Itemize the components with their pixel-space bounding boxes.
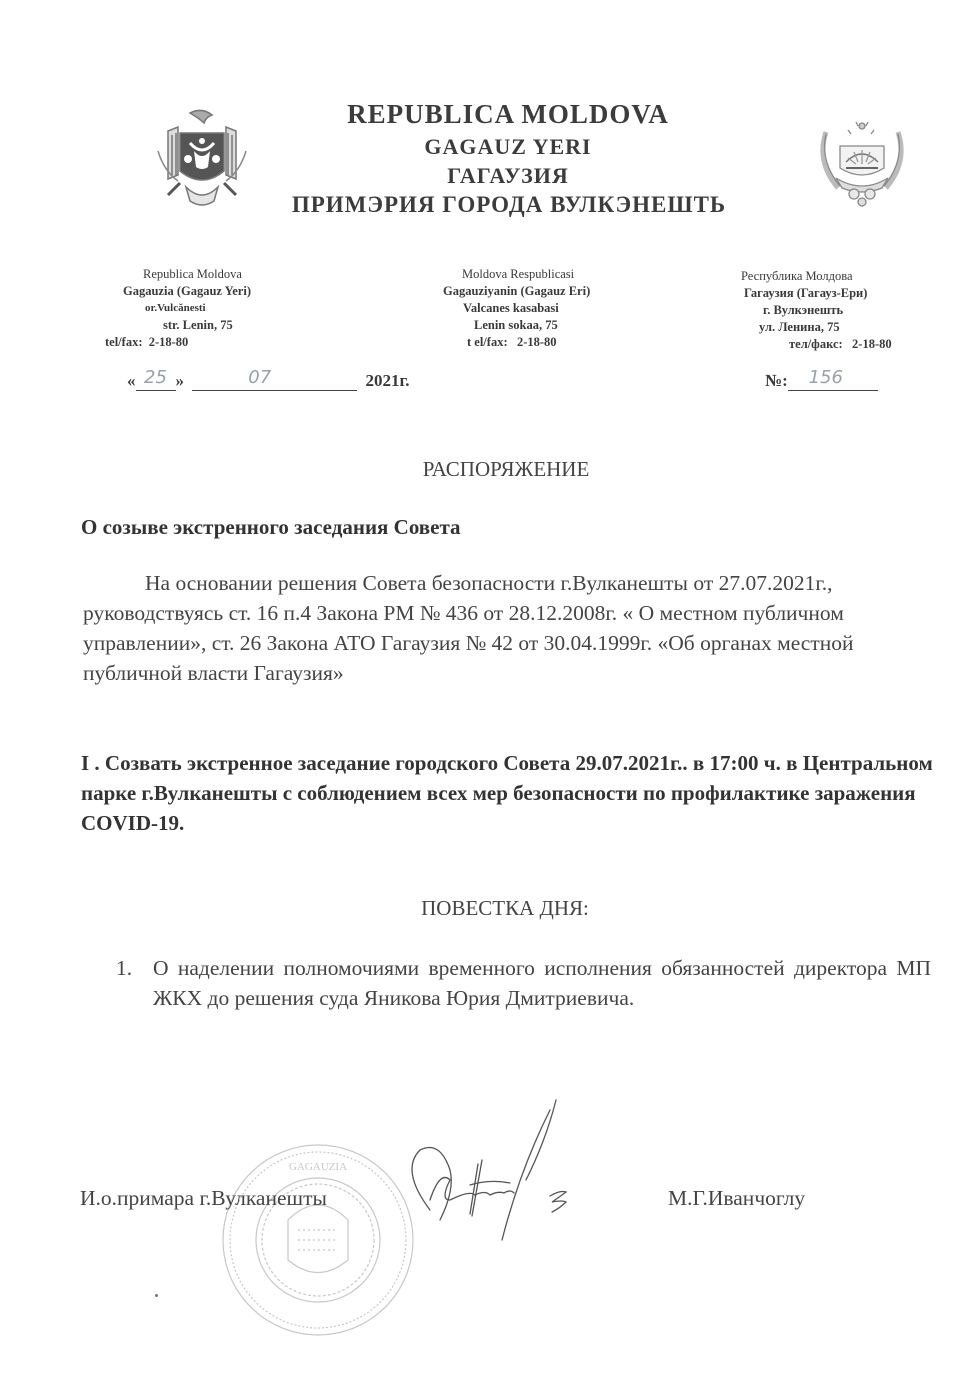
document-date: «25» 07 2021г. [127,370,410,391]
address-street: Lenin sokaa, 75 [430,317,630,334]
date-month-field: 07 [192,370,357,391]
date-month-handwritten: 07 [162,367,357,388]
address-block-gagauz: Moldova Respublicasi Gagauziyanin (Gagau… [430,266,630,351]
address-region: Gagauzia (Gagauz Yeri) [105,283,305,300]
address-street: ул. Ленина, 75 [735,319,925,336]
agenda-item-number: 1. [116,953,132,983]
handwritten-signature-icon [370,1090,630,1250]
document-number: №:156 [765,370,878,391]
header-city-hall-title: ПРИМЭРИЯ ГОРОДА ВУЛКЭНЕШТЬ [0,192,980,218]
date-year: 2021г. [366,371,410,390]
address-region: Гагаузия (Гагауз-Ери) [735,285,925,302]
agenda-list-item: 1. О наделении полномочиями временного и… [116,953,931,1013]
document-subject: О созыве экстренного заседания Совета [81,515,461,540]
header-region-title-latin: GAGAUZ YERI [0,134,980,160]
address-city: or.Vulcănesti [105,300,305,317]
address-phone: тел/факс: 2-18-80 [735,336,925,353]
address-country: Republica Moldova [105,266,305,283]
address-city: Valcanes kasabasi [430,300,630,317]
scan-artifact-dot [155,1294,158,1297]
date-open-quote: « [127,371,136,390]
agenda-item-text: О наделении полномочиями временного испо… [153,953,931,1013]
address-street: str. Lenin, 75 [105,317,305,334]
signatory-name: М.Г.Иванчоглу [668,1186,805,1211]
address-country: Moldova Respublicasi [430,266,630,283]
document-decision: I . Созвать экстренное заседание городск… [81,748,941,838]
preamble-text: На основании решения Совета безопасности… [83,571,854,685]
agenda-title: ПОВЕСТКА ДНЯ: [0,896,980,921]
address-city: г. Вулкэнешть [735,302,925,319]
number-handwritten: 156 [774,367,878,388]
header-country-title: REPUBLICA MOLDOVA [0,99,980,130]
address-phone: tel/fax: 2-18-80 [105,334,305,351]
address-phone: t el/fax: 2-18-80 [430,334,630,351]
address-block-russian: Республика Молдова Гагаузия (Гагауз-Ери)… [735,268,925,353]
address-country: Республика Молдова [735,268,925,285]
address-region: Gagauziyanin (Gagauz Eri) [430,283,630,300]
document-preamble: На основании решения Совета безопасности… [83,568,923,688]
signatory-title: И.о.примара г.Вулканешты [80,1186,327,1211]
address-block-romanian: Republica Moldova Gagauzia (Gagauz Yeri)… [105,266,305,351]
svg-text:GAGAUZIA: GAGAUZIA [289,1161,347,1173]
document-type-heading: РАСПОРЯЖЕНИЕ [0,457,980,482]
header-region-title-cyrillic: ГАГАУЗИЯ [0,163,980,189]
number-field: 156 [788,370,878,391]
